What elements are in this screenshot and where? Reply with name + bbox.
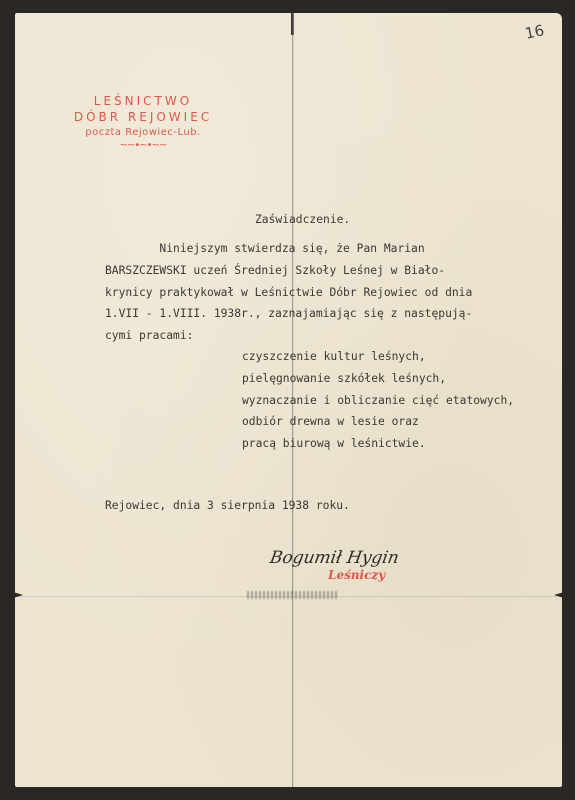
left-notch (13, 592, 23, 598)
title-stamp: Leśniczy (328, 568, 385, 582)
body-line: cymi pracami: (105, 329, 193, 342)
ornament-icon: ~~•~•~~ (63, 141, 223, 151)
signature: Bogumił Hygin (268, 548, 400, 568)
list-item: wyznaczanie i obliczanie cięć etatowych, (242, 394, 514, 407)
list-item: czyszczenie kultur leśnych, (242, 350, 426, 363)
right-notch (554, 592, 564, 598)
letterhead-line1: LEŚNICTWO (63, 93, 223, 109)
list-item: odbiór drewna w lesie oraz (242, 415, 419, 428)
body-line: 1.VII - 1.VIII. 1938r., zaznajamiając si… (105, 307, 472, 320)
letterhead-line3: poczta Rejowiec-Lub. (63, 125, 223, 141)
letterhead-line2: DÓBR REJOWIEC (63, 109, 223, 125)
document-title: Zaświadczenie. (255, 213, 350, 226)
list-item: pielęgnowanie szkółek leśnych, (242, 372, 446, 385)
document-page: 16 LEŚNICTWO DÓBR REJOWIEC poczta Rejowi… (15, 13, 562, 787)
body-line: BARSZCZEWSKI uczeń Średniej Szkoły Leśne… (105, 264, 445, 277)
list-item: pracą biurową w leśnictwie. (242, 437, 426, 450)
letterhead-stamp: LEŚNICTWO DÓBR REJOWIEC poczta Rejowiec-… (63, 93, 223, 151)
body-line: Niniejszym stwierdza się, że Pan Marian (105, 242, 425, 255)
ink-smudge (247, 591, 337, 599)
place-date: Rejowiec, dnia 3 sierpnia 1938 roku. (105, 499, 350, 512)
page-number: 16 (523, 21, 545, 43)
body-line: krynicy praktykował w Leśnictwie Dóbr Re… (105, 286, 472, 299)
